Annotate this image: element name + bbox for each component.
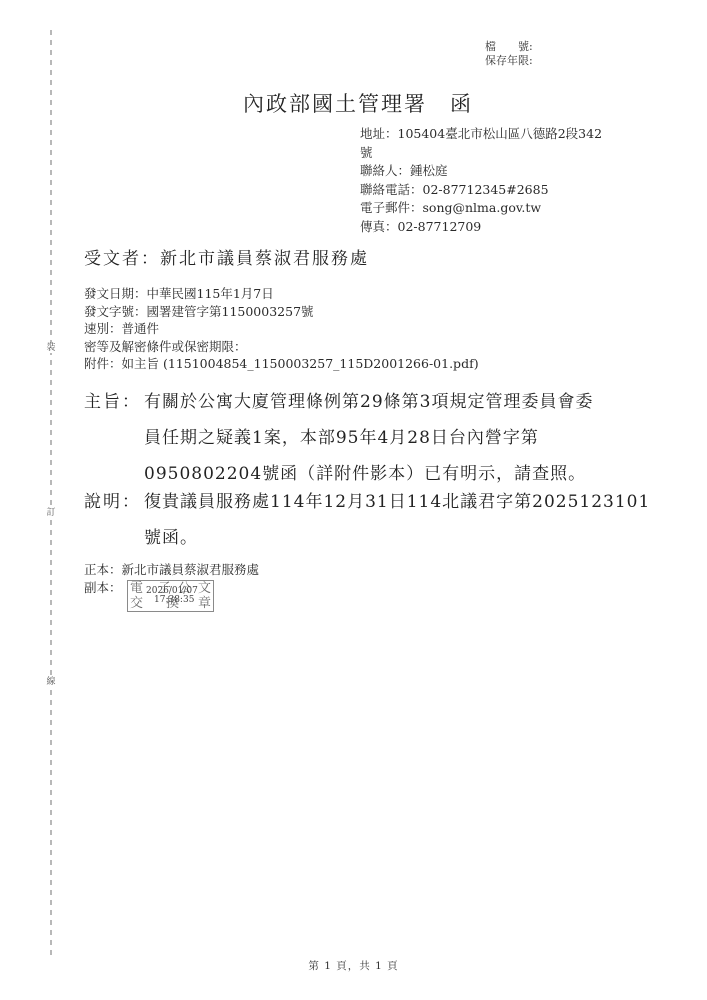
- explanation-label: 說明：: [84, 484, 141, 520]
- binding-label-zhuang: 裝: [45, 343, 57, 353]
- document-title: 內政部國土管理署 函: [243, 88, 473, 118]
- e-document-exchange-stamp: 電 子 公 文 交 換 章 2026/01/07 17:38:35: [127, 580, 214, 612]
- stamp-char: 文: [198, 582, 211, 596]
- archive-info: 檔 號: 保存年限:: [485, 40, 533, 68]
- binding-label-xian: 線: [45, 677, 57, 687]
- stamp-char: 交: [130, 597, 143, 611]
- stamp-char: 章: [198, 597, 211, 611]
- explanation-line: 號函。: [144, 520, 650, 556]
- recipient: 受文者：新北市議員蔡淑君服務處: [84, 244, 369, 269]
- file-number-label: 檔 號:: [485, 40, 533, 54]
- issue-date: 發文日期：中華民國115年1月7日: [84, 285, 479, 303]
- original-recipient: 正本：新北市議員蔡淑君服務處: [84, 561, 259, 579]
- retention-period-label: 保存年限:: [485, 54, 533, 68]
- issue-number: 發文字號：國署建管字第1150003257號: [84, 303, 479, 321]
- classification: 密等及解密條件或保密期限：: [84, 338, 479, 356]
- subject-label: 主旨：: [84, 384, 141, 420]
- speed-class: 速別：普通件: [84, 320, 479, 338]
- stamp-char: 電: [130, 582, 143, 596]
- binding-label-ding: 訂: [45, 508, 57, 518]
- sender-fax: 傳真：02-87712709: [360, 218, 602, 237]
- sender-address: 地址：105404臺北市松山區八德路2段342: [360, 125, 602, 144]
- sender-info: 地址：105404臺北市松山區八德路2段342 號 聯絡人：鍾松庭 聯絡電話：0…: [360, 125, 602, 236]
- explanation-section: 說明： 復貴議員服務處114年12月31日114北議君字第2025123101 …: [84, 484, 650, 556]
- stamp-time: 17:38:35: [154, 595, 194, 605]
- sender-phone: 聯絡電話：02-87712345#2685: [360, 181, 602, 200]
- subject-line: 有關於公寓大廈管理條例第29條第3項規定管理委員會委: [144, 384, 593, 420]
- attachment: 附件：如主旨 (1151004854_1150003257_115D200126…: [84, 355, 479, 373]
- sender-address-cont: 號: [360, 144, 602, 163]
- document-meta: 發文日期：中華民國115年1月7日 發文字號：國署建管字第1150003257號…: [84, 285, 479, 373]
- subject-line: 員任期之疑義1案，本部95年4月28日台內營字第: [144, 420, 593, 456]
- page-number: 第 1 頁，共 1 頁: [0, 958, 707, 973]
- explanation-line: 復貴議員服務處114年12月31日114北議君字第2025123101: [144, 484, 650, 520]
- subject-section: 主旨： 有關於公寓大廈管理條例第29條第3項規定管理委員會委 員任期之疑義1案，…: [84, 384, 593, 492]
- sender-contact: 聯絡人：鍾松庭: [360, 162, 602, 181]
- binding-dotted-line: [50, 30, 52, 960]
- sender-email: 電子郵件：song@nlma.gov.tw: [360, 199, 602, 218]
